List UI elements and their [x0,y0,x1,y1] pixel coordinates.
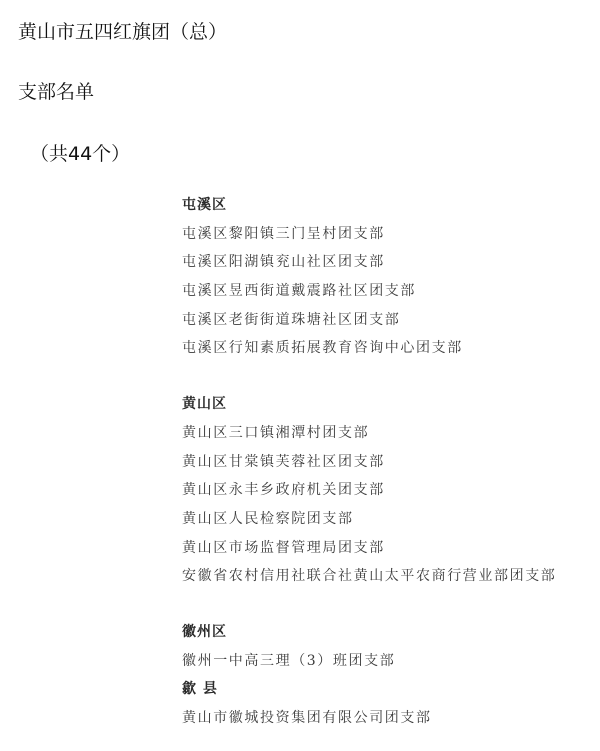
branch-item: 黄山区三口镇湘潭村团支部 [182,421,592,450]
branch-item: 屯溪区阳湖镇兖山社区团支部 [182,250,592,279]
branch-item: 黄山市徽城投资集团有限公司团支部 [182,706,592,735]
branch-item: 屯溪区行知素质拓展教育咨询中心团支部 [182,336,592,365]
branch-item: 黄山区甘棠镇芙蓉社区团支部 [182,450,592,479]
district-heading: 歙 县 [182,677,592,706]
branch-item: 黄山区人民检察院团支部 [182,507,592,536]
section-gap [182,593,592,620]
document-title: 黄山市五四红旗团（总） [18,20,227,44]
branch-item: 安徽省农村信用社联合社黄山太平农商行营业部团支部 [182,564,592,593]
district-heading: 屯溪区 [182,193,592,222]
branch-item: 徽州一中高三理（3）班团支部 [182,649,592,678]
branch-item: 屯溪区昱西街道戴震路社区团支部 [182,279,592,308]
document-subtitle: 支部名单 [18,80,94,104]
branch-item: 屯溪区老街街道珠塘社区团支部 [182,308,592,337]
branch-item: 黄山区永丰乡政府机关团支部 [182,478,592,507]
district-heading: 黄山区 [182,392,592,421]
branch-item: 屯溪区黎阳镇三门呈村团支部 [182,222,592,251]
branch-count: （共44个） [30,142,130,166]
section-gap [182,365,592,392]
branch-list: 屯溪区 屯溪区黎阳镇三门呈村团支部 屯溪区阳湖镇兖山社区团支部 屯溪区昱西街道戴… [182,193,592,735]
branch-item: 黄山区市场监督管理局团支部 [182,536,592,565]
district-heading: 徽州区 [182,620,592,649]
